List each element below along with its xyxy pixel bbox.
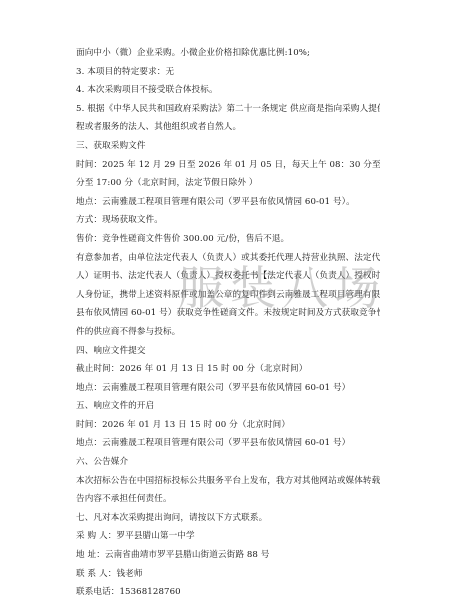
text-line-requirements-5: 件的供应商不得参与投标。 — [76, 323, 380, 342]
section-heading-opening: 五、响应文件的开启 — [76, 397, 380, 416]
text-line-requirements-4: 县布依风情园 60-01 号）获取竞争性磋商文件。未按规定时间及方式获取竞争性磋… — [76, 304, 380, 323]
text-line-specific-requirements: 3. 本项目的特定要求：无 — [76, 63, 380, 82]
text-line-opening-location: 地点：云南雅晟工程项目管理有限公司（罗平县布依风情园 60-01 号） — [76, 434, 380, 453]
text-line-obtain-time-cont: 分至 17:00 分（北京时间，法定节假日除外 ） — [76, 174, 380, 193]
text-line-sme-discount: 面向中小（微）企业采购。小微企业价格扣除优惠比例:10%; — [76, 44, 380, 63]
text-line-document-price: 售价：竞争性磋商文件售价 300.00 元/份，售后不退。 — [76, 230, 380, 249]
text-line-requirements-2: 人）证明书、法定代表人（负责人）授权委托书【法定代表人（负责人）授权时提供】及本 — [76, 267, 380, 286]
text-line-contact-phone: 联系电话：15368128760 — [76, 583, 380, 600]
text-line-submission-deadline: 截止时间：2026 年 01 月 13 日 15 时 00 分（北京时间） — [76, 360, 380, 379]
text-line-media-2: 告内容不承担任何责任。 — [76, 490, 380, 509]
text-line-requirements-3: 人身份证，携带上述资料原件或加盖公章的复印件到云南雅晟工程项目管理有限公司（罗平 — [76, 286, 380, 305]
text-line-requirements-1: 有意参加者，由单位法定代表人（负责人）或其委托代理人持营业执照、法定代表人（负责 — [76, 249, 380, 268]
text-line-obtain-method: 方式：现场获取文件。 — [76, 211, 380, 230]
text-line-supplier-definition: 5. 根据《中华人民共和国政府采购法》第二十一条规定 供应商是指向采购人提供货物… — [76, 100, 380, 119]
text-line-submission-location: 地点：云南雅晟工程项目管理有限公司（罗平县布依风情园 60-01 号） — [76, 379, 380, 398]
section-heading-contact: 七、凡对本次采购提出询问，请按以下方式联系。 — [76, 509, 380, 528]
section-heading-media: 六、公告媒介 — [76, 453, 380, 472]
text-line-supplier-definition-cont: 程或者服务的法人、其他组织或者自然人。 — [76, 118, 380, 137]
text-line-purchaser: 采 购 人：罗平县腊山第一中学 — [76, 527, 380, 546]
document-page: 面向中小（微）企业采购。小微企业价格扣除优惠比例:10%; 3. 本项目的特定要… — [76, 44, 380, 600]
text-line-obtain-time: 时间：2025 年 12 月 29 日至 2026 年 01 月 05 日，每天… — [76, 156, 380, 175]
text-line-address: 地 址：云南省曲靖市罗平县腊山街道云街路 88 号 — [76, 546, 380, 565]
text-line-no-joint-bid: 4. 本次采购项目不接受联合体投标。 — [76, 81, 380, 100]
text-line-opening-time: 时间：2026 年 01 月 13 日 15 时 00 分（北京时间） — [76, 416, 380, 435]
text-line-contact-person: 联 系 人：钱老师 — [76, 565, 380, 584]
section-heading-submission: 四、响应文件提交 — [76, 342, 380, 361]
text-line-obtain-location: 地点：云南雅晟工程项目管理有限公司（罗平县布依风情园 60-01 号）。 — [76, 193, 380, 212]
section-heading-obtain-documents: 三、获取采购文件 — [76, 137, 380, 156]
text-line-media-1: 本次招标公告在中国招标投标公共服务平台上发布，我方对其他网站或媒体转载的公告及公 — [76, 472, 380, 491]
